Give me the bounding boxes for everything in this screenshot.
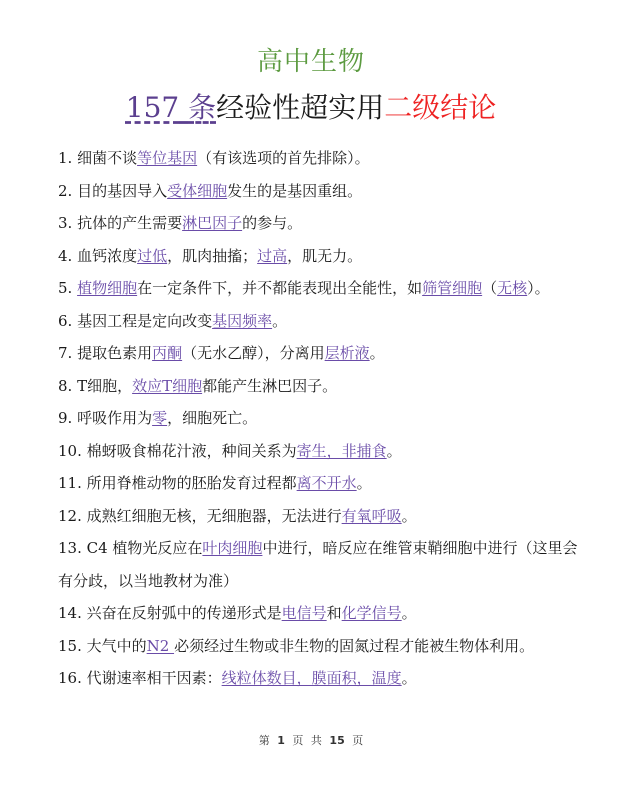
item-text: ）。	[527, 279, 550, 297]
page-footer: 第 1 页 共 15 页	[0, 732, 622, 748]
item-text: 。	[357, 474, 372, 492]
highlighted-term: 叶肉细胞	[202, 539, 262, 557]
list-item: 14. 兴奋在反射弧中的传递形式是电信号和化学信号。	[58, 597, 578, 630]
item-text: 10. 棉蚜吸食棉花汁液，种间关系为	[58, 442, 297, 460]
item-text: 在一定条件下，并不都能表现出全能性，如	[137, 279, 422, 297]
document-page: 高中生物 157 条经验性超实用二级结论 1. 细菌不谈等位基因（有该选项的首先…	[0, 0, 622, 800]
item-text: ，肌肉抽搐；	[167, 247, 257, 265]
highlighted-term: 效应T细胞	[132, 377, 202, 395]
item-text: 11. 所用脊椎动物的胚胎发育过程都	[58, 474, 297, 492]
item-text: 2. 目的基因导入	[58, 182, 167, 200]
item-text: 16. 代谢速率相干因素：	[58, 669, 222, 687]
item-text: 14. 兴奋在反射弧中的传递形式是	[58, 604, 282, 622]
list-item: 3. 抗体的产生需要淋巴因子的参与。	[58, 207, 578, 240]
highlighted-term: 筛管细胞	[422, 279, 482, 297]
item-text: 13. C4 植物光反应在	[58, 539, 202, 557]
list-item: 6. 基因工程是定向改变基因频率。	[58, 305, 578, 338]
highlighted-term: 淋巴因子	[182, 214, 242, 232]
highlighted-term: 寄生，非捕食	[297, 442, 387, 460]
highlighted-term: 等位基因	[137, 149, 197, 167]
item-text: 。	[370, 344, 385, 362]
highlighted-term: 受体细胞	[167, 182, 227, 200]
highlighted-term: 有氧呼吸	[342, 507, 402, 525]
item-text: 3. 抗体的产生需要	[58, 214, 182, 232]
item-text: ，肌无力。	[287, 247, 362, 265]
footer-page-number: 1	[277, 734, 285, 747]
document-title: 高中生物	[0, 44, 622, 80]
highlighted-term: 无核	[497, 279, 527, 297]
list-item: 2. 目的基因导入受体细胞发生的是基因重组。	[58, 175, 578, 208]
highlighted-term: 过高	[257, 247, 287, 265]
item-text: ，细胞死亡。	[167, 409, 257, 427]
item-text: 9. 呼吸作用为	[58, 409, 152, 427]
item-text: （有该选项的首先排除）。	[197, 149, 370, 167]
subtitle-tiao	[179, 91, 188, 124]
highlighted-term: N2	[147, 637, 174, 655]
footer-total-pages: 15	[329, 734, 344, 747]
footer-prefix: 第	[259, 734, 270, 747]
list-item: 9. 呼吸作用为零，细胞死亡。	[58, 402, 578, 435]
highlighted-term: 植物细胞	[77, 279, 137, 297]
list-item: 5. 植物细胞在一定条件下，并不都能表现出全能性，如筛管细胞（无核）。	[58, 272, 578, 305]
subtitle-red: 二级结论	[384, 91, 496, 124]
list-item: 7. 提取色素用丙酮（无水乙醇），分离用层析液。	[58, 337, 578, 370]
list-item: 8. T细胞，效应T细胞都能产生淋巴因子。	[58, 370, 578, 403]
item-text: 15. 大气中的	[58, 637, 147, 655]
subtitle-number: 157	[126, 91, 179, 124]
highlighted-term: 层析液	[325, 344, 370, 362]
subtitle-tiao-char: 条	[188, 91, 216, 124]
item-text: 6. 基因工程是定向改变	[58, 312, 212, 330]
list-item: 11. 所用脊椎动物的胚胎发育过程都离不开水。	[58, 467, 578, 500]
highlighted-term: 丙酮	[152, 344, 182, 362]
highlighted-term: 离不开水	[297, 474, 357, 492]
item-text: 都能产生淋巴因子。	[202, 377, 337, 395]
item-text: 1. 细菌不谈	[58, 149, 137, 167]
footer-suffix: 页	[352, 734, 363, 747]
list-item: 15. 大气中的N2 必须经过生物或非生物的固氮过程才能被生物体利用。	[58, 630, 578, 663]
item-text: 发生的是基因重组。	[227, 182, 362, 200]
footer-mid2: 共	[311, 734, 322, 747]
list-item: 10. 棉蚜吸食棉花汁液，种间关系为寄生，非捕食。	[58, 435, 578, 468]
list-item: 13. C4 植物光反应在叶肉细胞中进行，暗反应在维管束鞘细胞中进行（这里会有分…	[58, 532, 578, 597]
item-text: （	[482, 279, 497, 297]
highlighted-term: 过低	[137, 247, 167, 265]
item-text: 。	[402, 604, 417, 622]
item-text: 12. 成熟红细胞无核，无细胞器，无法进行	[58, 507, 342, 525]
item-text: 。	[402, 507, 417, 525]
item-text: 必须经过生物或非生物的固氮过程才能被生物体利用。	[174, 637, 534, 655]
item-text: （无水乙醇），分离用	[182, 344, 325, 362]
item-text: 和	[327, 604, 342, 622]
document-subtitle: 157 条经验性超实用二级结论	[0, 88, 622, 128]
item-text: 8. T细胞，	[58, 377, 132, 395]
highlighted-term: 电信号	[282, 604, 327, 622]
footer-mid1: 页	[292, 734, 303, 747]
item-text: 。	[387, 442, 402, 460]
subtitle-main: 经验性超实用	[216, 91, 384, 124]
list-item: 1. 细菌不谈等位基因（有该选项的首先排除）。	[58, 142, 578, 175]
highlighted-term: 零	[152, 409, 167, 427]
highlighted-term: 线粒体数目，膜面积，温度	[222, 669, 402, 687]
item-text: 。	[402, 669, 417, 687]
item-text: 7. 提取色素用	[58, 344, 152, 362]
item-text: 。	[272, 312, 287, 330]
item-text: 4. 血钙浓度	[58, 247, 137, 265]
highlighted-term: 基因频率	[212, 312, 272, 330]
list-item: 12. 成熟红细胞无核，无细胞器，无法进行有氧呼吸。	[58, 500, 578, 533]
list-item: 4. 血钙浓度过低，肌肉抽搐；过高，肌无力。	[58, 240, 578, 273]
item-text: 的参与。	[242, 214, 302, 232]
highlighted-term: 化学信号	[342, 604, 402, 622]
item-text: 5.	[58, 279, 77, 297]
list-item: 16. 代谢速率相干因素：线粒体数目，膜面积，温度。	[58, 662, 578, 695]
conclusion-list: 1. 细菌不谈等位基因（有该选项的首先排除）。2. 目的基因导入受体细胞发生的是…	[58, 142, 578, 695]
